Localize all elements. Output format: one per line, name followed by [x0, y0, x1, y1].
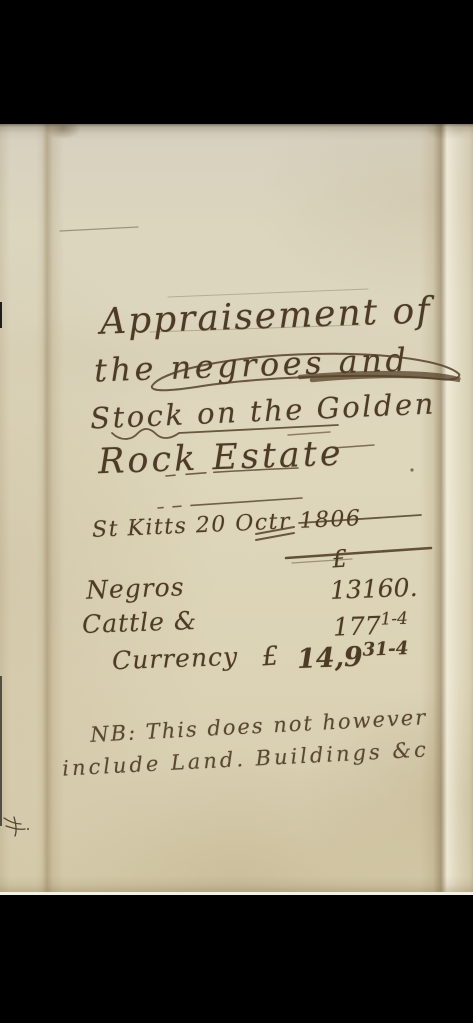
manuscript-page: Appraisement of the negroes and Stock on… [0, 124, 473, 892]
ink-mark [4, 817, 29, 836]
value-underline-total [286, 548, 431, 558]
entry-label-cattle: Cattle & [82, 606, 198, 639]
guide-scratch-1 [60, 227, 138, 231]
paper-edge-gap-1 [0, 302, 2, 328]
entry-label-negros: Negros [86, 572, 185, 604]
entry-label-currency: Currency [112, 642, 239, 675]
dateline: St Kitts 20 Octr 1806 [92, 506, 362, 543]
title-line-2: the negroes and [93, 341, 410, 390]
title-line-4: Rock Estate [97, 434, 344, 483]
letterbox-bottom [0, 895, 473, 1023]
trailing-dot [410, 468, 413, 471]
letterbox-top [0, 0, 473, 124]
title-line-1: Appraisement of [99, 290, 432, 343]
currency-column-symbol: £ [331, 545, 348, 574]
paper-edge-gap-2 [0, 676, 2, 826]
entry-dash-cattle [158, 498, 302, 508]
pound-sign: £ [261, 641, 280, 672]
entry-value-cattle: 1771-4 [332, 609, 408, 642]
entry-value-total: 14,931-4 [296, 638, 409, 675]
entry-value-negros: 13160. [329, 571, 417, 604]
scanned-photo: Appraisement of the negroes and Stock on… [0, 0, 473, 1023]
title-line-3: Stock on the Golden [89, 386, 436, 435]
